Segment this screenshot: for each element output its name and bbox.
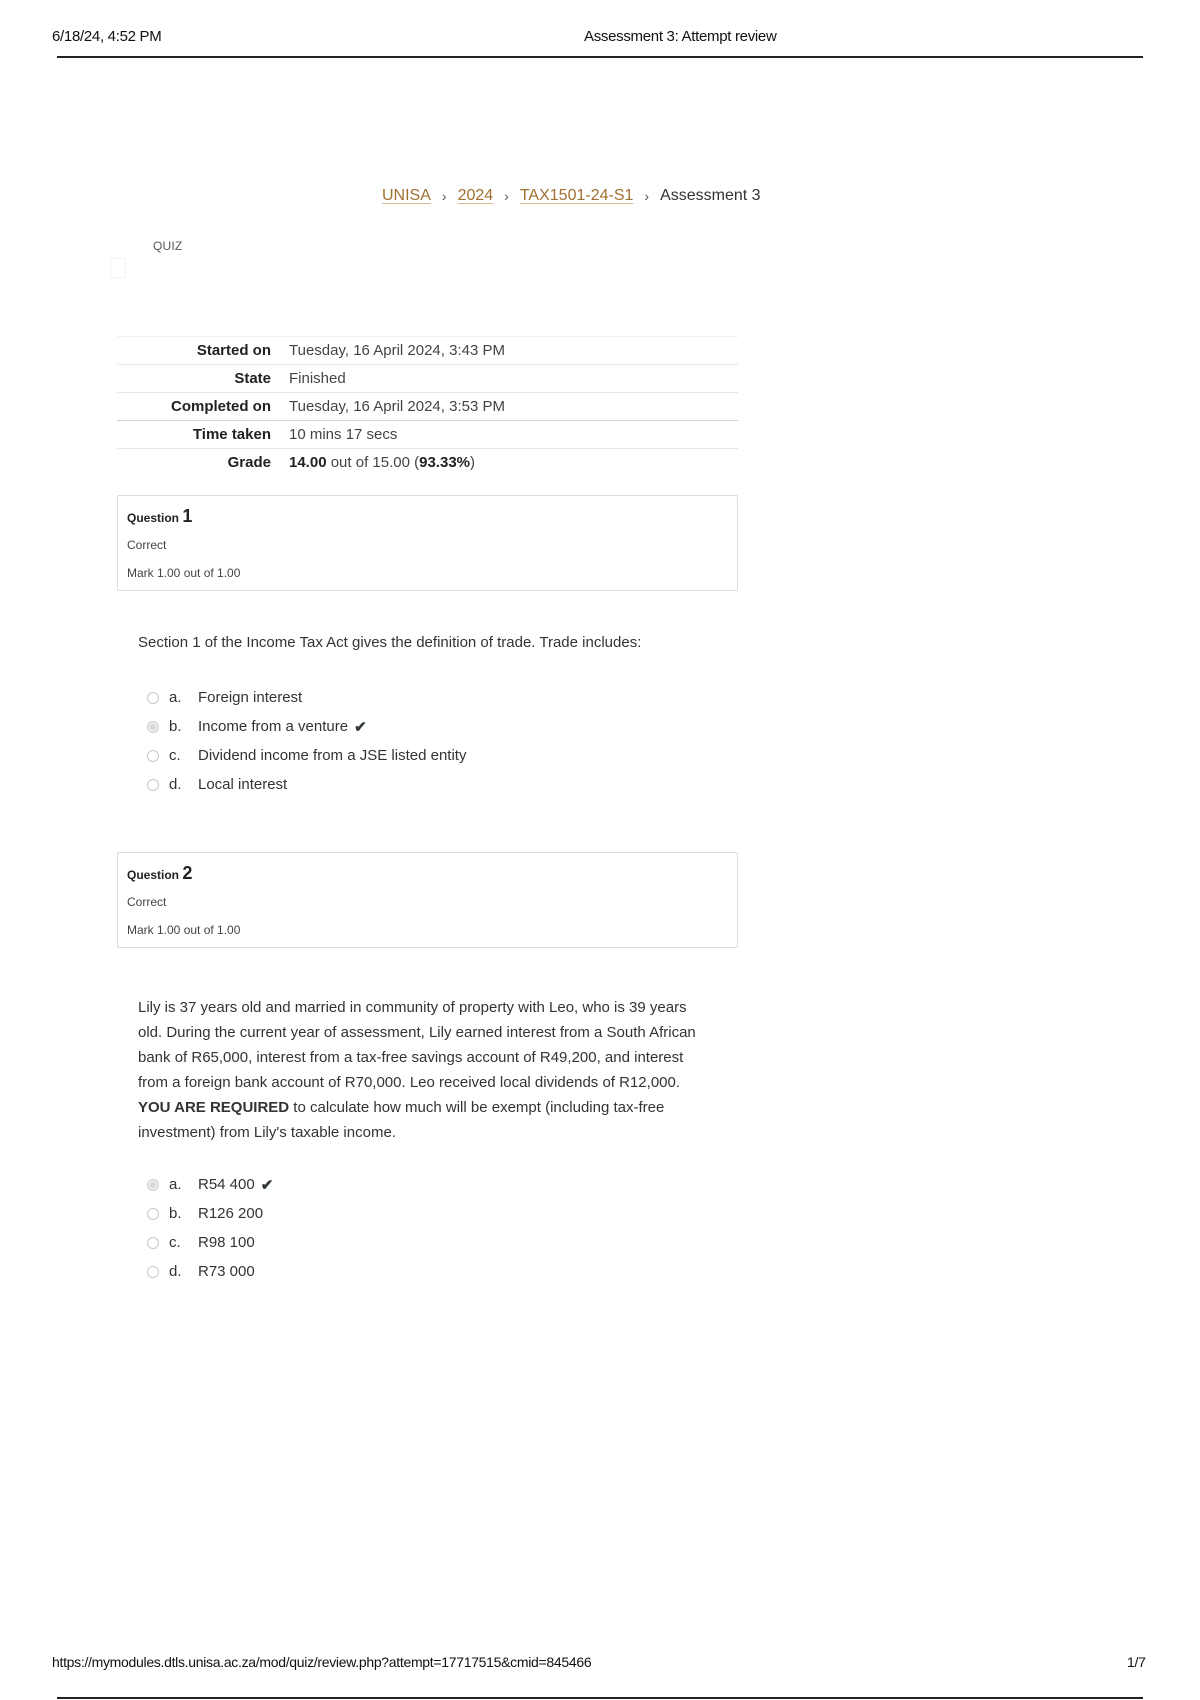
option-c[interactable]: c. Dividend income from a JSE listed ent… [147,741,466,770]
summary-label: Time taken [117,421,271,449]
breadcrumb-unisa[interactable]: UNISA [382,187,431,205]
chevron-right-icon: › [442,188,447,204]
radio-button[interactable] [147,1208,159,1220]
option-letter: b. [169,718,198,735]
option-d[interactable]: d. R73 000 [147,1257,273,1286]
summary-label: Started on [117,337,271,365]
question-1-info: Question 1 Correct Mark 1.00 out of 1.00 [117,495,738,591]
attempt-summary-table: Started on Tuesday, 16 April 2024, 3:43 … [117,336,738,476]
option-d[interactable]: d. Local interest [147,770,466,799]
radio-button[interactable] [147,1237,159,1249]
option-letter: b. [169,1205,198,1222]
question-2-options: a. R54 400 ✔ b. R126 200 c. R98 100 d. R… [147,1170,273,1286]
grade-out-of: out of 15.00 ( [327,454,420,471]
question-mark: Mark 1.00 out of 1.00 [127,923,240,937]
summary-value: Tuesday, 16 April 2024, 3:53 PM [271,393,738,421]
radio-button[interactable] [147,692,159,704]
summary-label: State [117,365,271,393]
option-letter: a. [169,689,198,706]
question-state: Correct [127,538,166,552]
summary-row-started: Started on Tuesday, 16 April 2024, 3:43 … [117,337,738,365]
option-label: R73 000 [198,1263,255,1280]
breadcrumb-year[interactable]: 2024 [458,187,494,205]
print-url: https://mymodules.dtls.unisa.ac.za/mod/q… [52,1654,591,1670]
question-1-options: a. Foreign interest b. Income from a ven… [147,683,466,799]
question-text-part: Lily is 37 years old and married in comm… [138,999,696,1091]
chevron-right-icon: › [504,188,509,204]
summary-row-time-taken: Time taken 10 mins 17 secs [117,421,738,449]
option-label: Income from a venture [198,718,348,735]
question-2-info: Question 2 Correct Mark 1.00 out of 1.00 [117,852,738,948]
grade-percent: 93.33% [419,454,470,471]
option-letter: c. [169,747,198,764]
radio-button-selected[interactable] [147,721,159,733]
option-letter: d. [169,776,198,793]
quiz-icon [110,258,126,278]
option-b[interactable]: b. Income from a venture ✔ [147,712,466,741]
option-b[interactable]: b. R126 200 [147,1199,273,1228]
option-label: R126 200 [198,1205,263,1222]
activity-type-label: QUIZ [153,239,182,253]
option-label: Dividend income from a JSE listed entity [198,747,466,764]
breadcrumb-course[interactable]: TAX1501-24-S1 [520,187,634,205]
question-state: Correct [127,895,166,909]
option-letter: a. [169,1176,198,1193]
radio-button[interactable] [147,750,159,762]
checkmark-icon: ✔ [261,1176,274,1194]
breadcrumb-current: Assessment 3 [660,187,760,205]
option-a[interactable]: a. Foreign interest [147,683,466,712]
question-label: Question [127,868,179,882]
question-1-text: Section 1 of the Income Tax Act gives th… [138,630,708,655]
option-a[interactable]: a. R54 400 ✔ [147,1170,273,1199]
summary-value: 10 mins 17 secs [271,421,738,449]
radio-button-selected[interactable] [147,1179,159,1191]
summary-value: Tuesday, 16 April 2024, 3:43 PM [271,337,738,365]
question-mark: Mark 1.00 out of 1.00 [127,566,240,580]
option-letter: c. [169,1234,198,1251]
question-title: Question 2 [127,863,192,884]
print-page-title: Assessment 3: Attempt review [584,28,777,45]
option-label: Foreign interest [198,689,302,706]
question-text-bold: YOU ARE REQUIRED [138,1099,289,1116]
option-label: Local interest [198,776,287,793]
summary-value: Finished [271,365,738,393]
summary-row-grade: Grade 14.00 out of 15.00 (93.33%) [117,449,738,477]
question-label: Question [127,511,179,525]
footer-divider [57,1697,1143,1699]
summary-label: Completed on [117,393,271,421]
chevron-right-icon: › [644,188,649,204]
summary-row-completed: Completed on Tuesday, 16 April 2024, 3:5… [117,393,738,421]
question-number: 2 [182,863,192,883]
question-title: Question 1 [127,506,192,527]
grade-value: 14.00 out of 15.00 (93.33%) [271,449,738,477]
breadcrumb: UNISA › 2024 › TAX1501-24-S1 › Assessmen… [382,187,761,205]
question-number: 1 [182,506,192,526]
option-c[interactable]: c. R98 100 [147,1228,273,1257]
option-letter: d. [169,1263,198,1280]
question-2-text: Lily is 37 years old and married in comm… [138,995,708,1145]
grade-score: 14.00 [289,454,327,471]
summary-label: Grade [117,449,271,477]
print-page-number: 1/7 [1127,1654,1146,1670]
grade-close: ) [470,454,475,471]
summary-row-state: State Finished [117,365,738,393]
checkmark-icon: ✔ [354,718,367,736]
header-divider [57,56,1143,58]
print-datetime: 6/18/24, 4:52 PM [52,28,161,45]
option-label: R54 400 [198,1176,255,1193]
radio-button[interactable] [147,1266,159,1278]
radio-button[interactable] [147,779,159,791]
option-label: R98 100 [198,1234,255,1251]
